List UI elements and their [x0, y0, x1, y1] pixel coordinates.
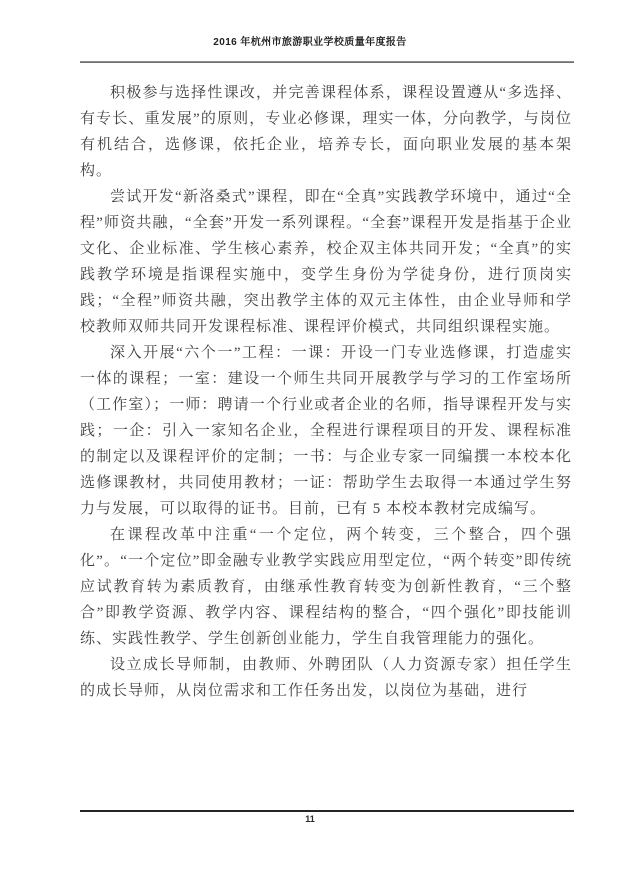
paragraph-growth-mentor-system: 设立成长导师制，由教师、外聘团队（人力资源专家）担任学生的成长导师，从岗位需求和… [80, 652, 572, 704]
page-header-title: 2016 年杭州市旅游职业学校质量年度报告 [0, 33, 620, 48]
footer-divider [80, 810, 574, 812]
paragraph-six-ones-project: 深入开展“六个一”工程：一课：开设一门专业选修课，打造虚实一体的课程；一室：建设… [80, 340, 572, 522]
paragraph-one-position-four-strengthen: 在课程改革中注重“一个定位，两个转变，三个整合，四个强化”。“一个定位”即金融专… [80, 522, 572, 652]
paragraph-lausanne-course: 尝试开发“新洛桑式”课程，即在“全真”实践教学环境中，通过“全程”师资共融，“全… [80, 184, 572, 340]
paragraph-curriculum-reform: 积极参与选择性课改，并完善课程体系，课程设置遵从“多选择、有专长、重发展”的原则… [80, 80, 572, 184]
document-page: 2016 年杭州市旅游职业学校质量年度报告 积极参与选择性课改，并完善课程体系，… [0, 0, 620, 877]
document-body: 积极参与选择性课改，并完善课程体系，课程设置遵从“多选择、有专长、重发展”的原则… [80, 80, 572, 704]
header-divider [80, 61, 574, 63]
page-number: 11 [0, 814, 620, 824]
